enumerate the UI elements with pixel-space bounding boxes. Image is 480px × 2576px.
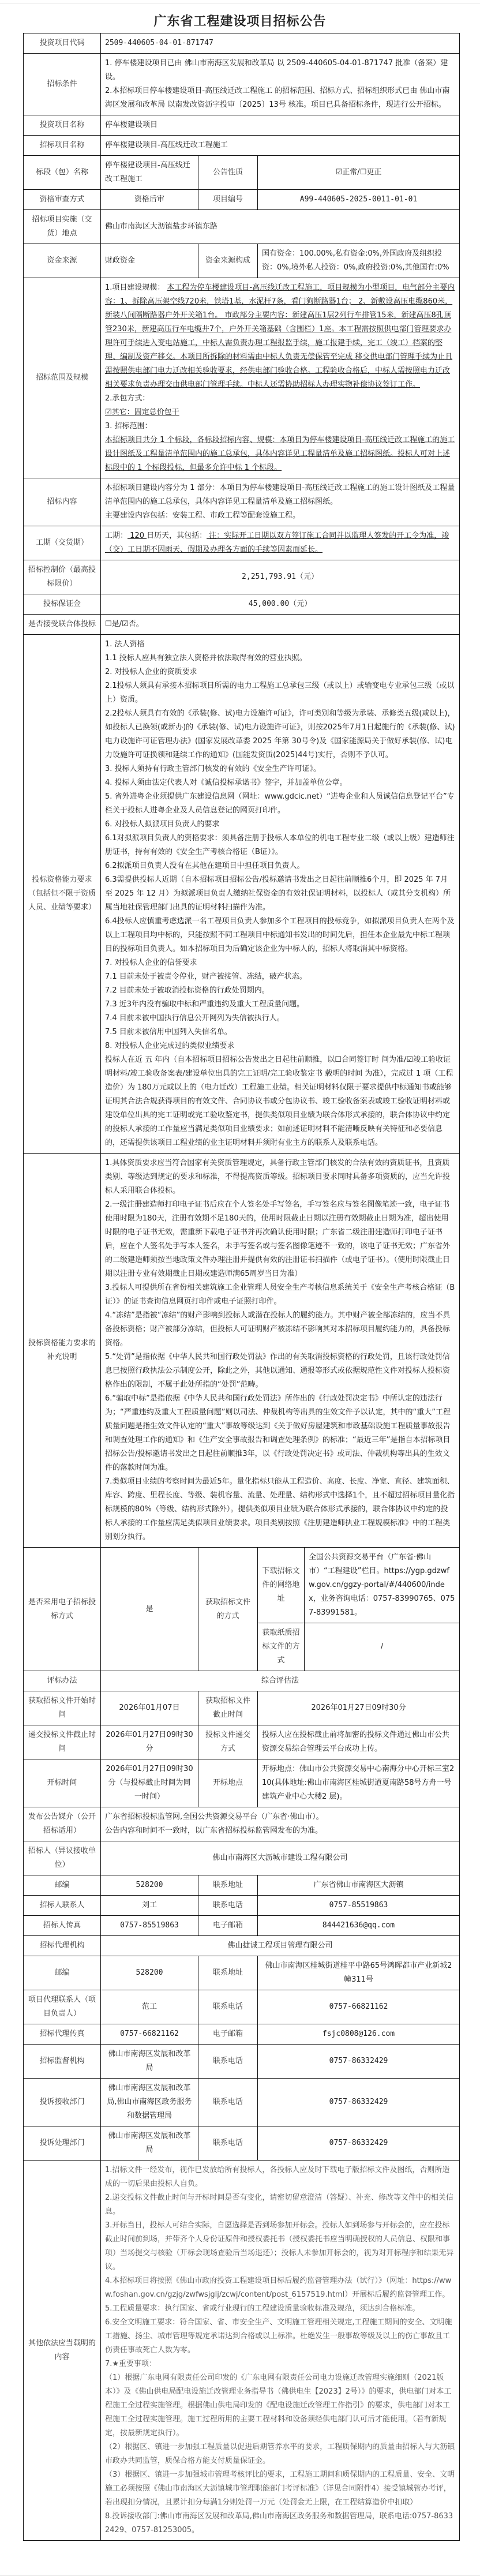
row-doc-time: 获取招标文件开始时间 2026年01月07日 获取招标文件截止时间 2026年0… (24, 1691, 460, 1725)
qual-note-line: 5.“处罚”是指依据《中华人民共和国行政处罚法》作出的有关取消投标资格的行政处罚… (105, 1350, 455, 1392)
label: 开标地点 (198, 1759, 258, 1807)
qualification-line: 7.3 近3年内没有骗取中标和严重违约及重大工程质量问题。 (105, 998, 455, 1012)
label: 招标控制价（最高投标限价） (24, 560, 101, 594)
label: 投标资格能力要求（包括但不限于资质人员、业绩等要求） (24, 635, 101, 1154)
label: 招标条件 (24, 54, 101, 115)
phone-value: 0757-66821162 (258, 1990, 460, 2024)
label: 获取招标文件开始时间 (24, 1691, 101, 1725)
row-tenderee-contact: 招标人联系人 刘工 联系电话 0757-85519863 (24, 1896, 460, 1916)
electronic-value: 是 (101, 1548, 198, 1671)
label: 资金来源 (24, 244, 101, 278)
row-agency: 招标代理机构 佛山捷诚工程项目管理有限公司 (24, 1936, 460, 1956)
row-review: 资格审查方式 资格后审 项目编号 A99-440605-2025-0011-01… (24, 190, 460, 210)
qualification-line: 4. 投标人须由法定代表人对《诚信投标承诺书》签字，并加盖单位公章。 (105, 776, 455, 790)
label: 是否采用电子招标投标方式 (24, 1548, 101, 1671)
label: 联系电话 (198, 2126, 258, 2161)
qualification-line: 2. 对投标人企业的资质要求 (105, 665, 455, 679)
label: 发布公告媒介（公开招标适用） (24, 1807, 101, 1841)
email-value[interactable]: 844421636@qq.com (258, 1916, 460, 1936)
top-divider (0, 0, 480, 3)
funds-value: 财政资金 (101, 244, 198, 278)
address-value: 佛山市南海区桂城街道桂平中路65号鸿晖都市产业新城2幢311号 (258, 1956, 460, 1990)
row-submit: 递交投标文件截止时间 2026年01月27日09时30分 投标文件递交方式 投标… (24, 1725, 460, 1759)
complaint-recv-value: 佛山市南海区发展和改革局,佛山市南海区政务服务和数据管理局 (101, 2079, 198, 2126)
label: 联系电话 (198, 2079, 258, 2126)
label: 工期（交货期） (24, 526, 101, 560)
label: 投诉处理部门 (24, 2126, 101, 2161)
other-content-line: （3）根据区、镇进一步加强城市管理考核评比的要求，工程施工期间和质保期内的工程质… (105, 2468, 455, 2510)
conditions-value: 1. 停车楼建设项目已由 佛山市南海区发展和改革局 以 2509-440605-… (101, 54, 460, 115)
label: 投资项目代码 (24, 33, 101, 54)
qualification-line: 3. 投标人须持有行政主管部门核发的有效的《安全生产许可证》。 (105, 762, 455, 776)
qualification-line: 8. 对投标人企业完成过的类似业绩要求 (105, 1039, 455, 1053)
label: 项目代理联系人（项目负责人） (24, 1990, 101, 2024)
row-invest-name: 投资项目名称 停车楼建设项目 (24, 115, 460, 136)
row-eval: 评标办法 综合评估法 (24, 1671, 460, 1691)
label: 招标范围及规模 (24, 278, 101, 478)
row-qualification: 投标资格能力要求（包括但不限于资质人员、业绩等要求） 1. 法人资格1.1 投标… (24, 635, 460, 1154)
invest-name-value: 停车楼建设项目 (101, 115, 460, 136)
content-line: 主要建设内容包括：安装工程、市政工程等配套设施工程。 (105, 509, 455, 523)
condition-line: 1. 停车楼建设项目已由 佛山市南海区发展和改革局 以 2509-440605-… (105, 57, 455, 84)
submit-method-value: 投标人应在投标截止前将加密的投标文件通过佛山市公共资源交易综合管理云平台成功上传… (258, 1725, 460, 1759)
other-content-line: 2.递交投标文件截止时间与开标时间是否有变化，请密切留意澄清（答疑）、补充、修改… (105, 2191, 455, 2219)
label: 投标保证金 (24, 594, 101, 615)
submit-deadline-value: 2026年01月27日09时30分 (101, 1725, 198, 1759)
period-prefix: 工期： (105, 531, 127, 540)
tender-name-value: 停车楼建设项目-高压线迁改工程施工 (101, 136, 460, 156)
label: 公告性质 (198, 156, 258, 190)
row-other: 其他依法应当载明的内容 1.招标文件一经发布，视作已发放给所有投标人，各投标人应… (24, 2161, 460, 2541)
label: 联系电话 (198, 2045, 258, 2079)
media-line: 广东省招标投标监管网,全国公共资源交易平台（广东省·佛山市）。 (105, 1810, 455, 1824)
row-agency-contact: 项目代理联系人（项目负责人） 范工 联系电话 0757-66821162 (24, 1990, 460, 2024)
row-tender-name: 招标项目名称 停车楼建设项目-高压线迁改工程施工 (24, 136, 460, 156)
other-content-line: （1）根据广东电网有限责任公司印发的《广东电网有限责任公司电力设施迁改管理实施细… (105, 2371, 455, 2440)
scale-prefix: 1.项目建设规模： (105, 283, 164, 292)
other-content-line: 1.招标文件一经发布，视作已发放给所有投标人，各投标人应及时下载电子版招标文件及… (105, 2163, 455, 2191)
qualification-line: 7. 对投标人企业的信誉要求 (105, 956, 455, 970)
label: 获取纸质招标文件的方式 (258, 1623, 305, 1671)
qualification-line: 2.2投标人须具有有效的《承装(修、试)电力设施许可证》，许可类别和等级为承装、… (105, 707, 455, 762)
qualification-value: 1. 法人资格1.1 投标人应具有独立法人资格并依法取得有效的营业执照。2. 对… (101, 635, 460, 1154)
row-tenderee-post: 邮编 528200 联系地址 广东省佛山市南海区大沥镇 (24, 1875, 460, 1896)
label: 招标人（异议接收单位） (24, 1841, 101, 1875)
opening-time-value: 2026年01月27日09时30分（与投标截止时间为同一时间） (101, 1759, 198, 1807)
row-section: 标段（包）名称 停车楼建设项目-高压线迁改工程施工 公告性质 ☑正常/☐更正 (24, 156, 460, 190)
row-consortium: 是否接受联合体投标 ☐是/☑否。 (24, 615, 460, 635)
project-code-value: 2509-440605-04-01-871747 (101, 33, 460, 54)
doc-start-value: 2026年01月07日 (101, 1691, 198, 1725)
content-value: 本招标项目建设内容分为 1 部分：本项目为停车楼建设项目-高压线迁改工程施工的施… (101, 478, 460, 526)
label: 招标项目名称 (24, 136, 101, 156)
qualification-line: 7.4 目前未被中国执行信息公开网列为失信被执行人。 (105, 1012, 455, 1025)
qualification-line: 投标人在近 五 年内（自本招标项目招标公告发出之日起往前顺推，以☐合同签订时 间… (105, 1053, 455, 1150)
row-complaint-proc: 投诉处理部门 佛山市南海区发展和改革局 联系电话 0757-86332429 (24, 2126, 460, 2161)
label: 联系地址 (198, 1875, 258, 1896)
qual-note-line: 3.投标人可提供所在省份相关建筑施工企业管理人员安全生产考核信息系统关于《安全生… (105, 1281, 455, 1309)
phone-value: 0757-86332429 (258, 2126, 460, 2161)
row-project-code: 投资项目代码 2509-440605-04-01-871747 (24, 33, 460, 54)
scope-value: 1.项目建设规模： 本工程为停车楼建设项目-高压线迁改工程施工，项目规模为小型项… (101, 278, 460, 478)
phone-value: 0757-85519863 (258, 1896, 460, 1916)
project-no-value: A99-440605-2025-0011-01-01 (258, 190, 460, 210)
scale-text: 本工程为停车楼建设项目-高压线迁改工程施工，项目规模为小型项目，电气部分主要内容… (105, 283, 455, 389)
complaint-proc-value: 佛山市南海区发展和改革局 (101, 2126, 198, 2161)
label: 项目编号 (198, 190, 258, 210)
label: 招标项目实施（交货）地点 (24, 210, 101, 244)
label: 获取招标文件的方式 (198, 1548, 258, 1671)
email-value[interactable]: fsjc0808@126.com (258, 2024, 460, 2045)
row-agency-fax: 招标代理传真 0757-66821162 电子邮箱 fsjc0808@126.c… (24, 2024, 460, 2045)
funds-structure-value: 国有资金：100.00%,私有资金:0%,外国政府及组织投资：0%,境外私人投资… (258, 244, 460, 278)
tenderee-value: 佛山市南海区大沥城市建设工程有限公司 (101, 1841, 460, 1875)
label: 下载招标文件的网络地址 (258, 1548, 305, 1623)
row-qual-notes: 投标资格能力要求的补充说明 1.具体资质要求应当符合国家有关资质管理规定，具备行… (24, 1154, 460, 1548)
control-price-value: 2,251,793.91（元） (101, 560, 460, 594)
other-content-line: 3.开标当日，投标人可结合实际，自愿选择是否到场参加开标会。投标人如到场参与开标… (105, 2219, 455, 2274)
postcode-value: 528200 (101, 1875, 198, 1896)
row-conditions: 招标条件 1. 停车楼建设项目已由 佛山市南海区发展和改革局 以 2509-44… (24, 54, 460, 115)
other-value: 1.招标文件一经发布，视作已发放给所有投标人，各投标人应及时下载电子版招标文件及… (101, 2161, 460, 2541)
other-content-line: 8.投诉接收部门:佛山市南海区发展和改革局,佛山市南海区政务服务和数据管理局，联… (105, 2510, 455, 2537)
other-content-line: （2）根据区、镇进一步加强工程质量以促进后期管养水平的要求，工程质保期内的质量由… (105, 2440, 455, 2468)
review-value: 资格后审 (101, 190, 198, 210)
label: 招标代理机构 (24, 1936, 101, 1956)
qual-note-line: 4.“冻结”是指被“冻结”的财产影响到投标人或潜在投标人的履约能力。其中财产被全… (105, 1309, 455, 1350)
label: 递交投标文件截止时间 (24, 1725, 101, 1759)
other-content-line: 7.★重要事项： (105, 2357, 455, 2371)
qualification-line: 6.1对拟派项目负责人的资格要求：须具备注册于投标人本单位的机电工程专业二级（或… (105, 832, 455, 859)
label: 获取招标文件截止时间 (198, 1691, 258, 1725)
row-content: 招标内容 本招标项目建设内容分为 1 部分：本项目为停车楼建设项目-高压线迁改工… (24, 478, 460, 526)
label: 资格审查方式 (24, 190, 101, 210)
location-value: 佛山市南海区大沥镇盐步环镇东路 (101, 210, 460, 244)
row-opening: 开标时间 2026年01月27日09时30分（与投标截止时间为同一时间） 开标地… (24, 1759, 460, 1807)
qualification-line: 6.4投标人应慎重考虑选派一名工程项目负责人参加多个工程项目的投标竞争，如拟派项… (105, 915, 455, 956)
row-tenderee: 招标人（异议接收单位） 佛山市南海区大沥城市建设工程有限公司 (24, 1841, 460, 1875)
phone-value: 0757-86332429 (258, 2045, 460, 2079)
label: 其他依法应当载明的内容 (24, 2161, 101, 2541)
condition-line: 2.本招标项目停车楼建设项目-高压线迁改工程施工 的招标范围、招标方式、招标组织… (105, 84, 455, 112)
row-media: 发布公告媒介（公开招标适用） 广东省招标投标监管网,全国公共资源交易平台（广东省… (24, 1807, 460, 1841)
label: 联系电话 (198, 1990, 258, 2024)
consortium-value: ☐是/☑否。 (101, 615, 460, 635)
fax-value: 0757-66821162 (101, 2024, 198, 2045)
row-period: 工期（交货期） 工期： 120 日历天，其包括： 注：实际开工日期以双方签订施工… (24, 526, 460, 560)
range-text: 本招标项目共分 1 个标段，各标段招标内容、规模：本项目为停车楼建设项目-高压线… (105, 433, 455, 475)
bottom-divider (0, 2558, 480, 2576)
contract-label: 2.承包方式： (105, 392, 455, 406)
label: 投标文件递交方式 (198, 1725, 258, 1759)
label: 邮编 (24, 1956, 101, 1990)
period-days: 120 (127, 531, 147, 540)
label: 电子邮箱 (198, 1916, 258, 1936)
label: 标段（包）名称 (24, 156, 101, 190)
contact-value: 刘工 (101, 1896, 198, 1916)
phone-value: 0757-86332429 (258, 2079, 460, 2126)
label: 招标监督机构 (24, 2045, 101, 2079)
qual-notes-value: 1.具体资质要求应当符合国家有关资质管理规定，具备行政主管部门核发的合法有效的资… (101, 1154, 460, 1548)
media-value: 广东省招标投标监管网,全国公共资源交易平台（广东省·佛山市）。 公告内容和时间不… (101, 1807, 460, 1841)
qualification-line: 2.1投标人须具有承接本招标项目所需的电力工程施工总承包三级（或以上）或输变电专… (105, 679, 455, 707)
label: 招标内容 (24, 478, 101, 526)
row-agency-post: 邮编 528200 联系地址 佛山市南海区桂城街道桂平中路65号鸿晖都市产业新城… (24, 1956, 460, 1990)
label: 评标办法 (24, 1671, 101, 1691)
label: 开标时间 (24, 1759, 101, 1807)
qualification-line: 6. 对投标人拟派项目负责人的要求 (105, 818, 455, 832)
section-value: 停车楼建设项目-高压线迁改工程施工 (101, 156, 198, 190)
qual-note-line: 6.“骗取中标”是指依据《中华人民共和国行政处罚法》所作出的《行政处罚决定书》中… (105, 1392, 455, 1475)
row-control-price: 招标控制价（最高投标限价） 2,251,793.91（元） (24, 560, 460, 594)
qualification-line: 5. 省外进粤企业须提供广东建设信息网（网址：www.gdcic.net）“进粤… (105, 790, 455, 818)
qual-note-line: 2.一级注册建造师打印电子证书后应在个人签名处手写签名，手写签名应与签名图像笔迹… (105, 1198, 455, 1281)
address-value: 广东省佛山市南海区大沥镇 (258, 1875, 460, 1896)
agency-value: 佛山捷诚工程项目管理有限公司 (101, 1936, 460, 1956)
qualification-line: 7.1 目前未处于被责令停业，财产被接管、冻结，破产状态。 (105, 970, 455, 984)
label: 联系电话 (198, 1896, 258, 1916)
qualification-line: 6.2拟派项目负责人没有在其他在建项目中担任项目负责人。 (105, 859, 455, 873)
qualification-line: 1.1 投标人应具有独立法人资格并依法取得有效的营业执照。 (105, 652, 455, 665)
eval-value: 综合评估法 (101, 1671, 460, 1691)
other-content-line: 6.安全文明施工要求：符合国家、省、市安全生产、文明施工管理相关规定,工程施工期… (105, 2316, 455, 2357)
qualification-line: 7.5 目前未被信用中国列入失信名单。 (105, 1025, 455, 1039)
label: 招标人传真 (24, 1916, 101, 1936)
label: 资金来源构成 (198, 244, 258, 278)
qualification-line: 6.3需提供投标人近期（自本招标项目招标公告/投标邀请书发出之日起往前顺推6个月… (105, 873, 455, 915)
download-address[interactable]: 全国公共资源交易平台（广东省·佛山市）“工程建设”栏目。https://ygp.… (305, 1548, 460, 1623)
label: 投诉接收部门 (24, 2079, 101, 2126)
label: 是否接受联合体投标 (24, 615, 101, 635)
row-tenderee-fax: 招标人传真 0757-85519863 电子邮箱 844421636@qq.co… (24, 1916, 460, 1936)
doc-end-value: 2026年01月27日09时30分 (258, 1691, 460, 1725)
label: 投标资格能力要求的补充说明 (24, 1154, 101, 1548)
row-scope: 招标范围及规模 1.项目建设规模： 本工程为停车楼建设项目-高压线迁改工程施工，… (24, 278, 460, 478)
opening-place-value: 开标地点：佛山市公共资源交易中心南海分中心开标三室210(具体地址:佛山市南海区… (258, 1759, 460, 1807)
label: 投资项目名称 (24, 115, 101, 136)
contact-value: 范工 (101, 1990, 198, 2024)
period-value: 工期： 120 日历天，其包括： 注：实际开工日期以双方签订施工合同并以监理人签… (101, 526, 460, 560)
row-deposit: 投标保证金 45,000.00（元） (24, 594, 460, 615)
media-line: 公告内容和时间不一致时，以广东省招标投标监管网发布的为准。 (105, 1824, 455, 1838)
qualification-line: 7.2 目前未处于被取消投标资格的行政处罚期内。 (105, 984, 455, 998)
notice-nature-value: ☑正常/☐更正 (258, 156, 460, 190)
label: 邮编 (24, 1875, 101, 1896)
row-electronic: 是否采用电子招标投标方式 是 获取招标文件的方式 下载招标文件的网络地址 全国公… (24, 1548, 460, 1623)
deposit-value: 45,000.00（元） (101, 594, 460, 615)
label: 电子邮箱 (198, 2024, 258, 2045)
other-content-line: 5.工程质量要求：执行国家、省或行业现行的工程建设质量验收标准及规范，须达到合格… (105, 2302, 455, 2316)
supervisor-value: 佛山市南海区发展和改革局 (101, 2045, 198, 2079)
fax-value: 0757-85519863 (101, 1916, 198, 1936)
row-complaint-recv: 投诉接收部门 佛山市南海区发展和改革局,佛山市南海区政务服务和数据管理局 联系电… (24, 2079, 460, 2126)
label: 招标代理传真 (24, 2024, 101, 2045)
row-location: 招标项目实施（交货）地点 佛山市南海区大沥镇盐步环镇东路 (24, 210, 460, 244)
label: 招标人联系人 (24, 1896, 101, 1916)
qual-note-line: 1.具体资质要求应当符合国家有关资质管理规定，具备行政主管部门核发的合法有效的资… (105, 1156, 455, 1198)
range-label: 3. 招标范围： (105, 420, 455, 433)
content-line: 本招标项目建设内容分为 1 部分：本项目为停车楼建设项目-高压线迁改工程施工的施… (105, 481, 455, 509)
label: 联系地址 (198, 1956, 258, 1990)
postcode-value: 528200 (101, 1956, 198, 1990)
contract-value: ☑其它：固定总价包干 (105, 406, 455, 420)
page-title: 广东省工程建设项目招标公告 (0, 12, 480, 29)
period-mid: 日历天，其包括： (147, 531, 207, 540)
qualification-line: 1. 法人资格 (105, 638, 455, 652)
row-funds: 资金来源 财政资金 资金来源构成 国有资金：100.00%,私有资金:0%,外国… (24, 244, 460, 278)
notice-table: 投资项目代码 2509-440605-04-01-871747 招标条件 1. … (23, 33, 460, 2541)
qual-note-line: 7.类似项目业绩的考察时间为最近5年。量化指标只能从工程造价、高度、长度、净宽、… (105, 1475, 455, 1544)
paper-value: / (305, 1623, 460, 1671)
row-supervisor: 招标监督机构 佛山市南海区发展和改革局 联系电话 0757-86332429 (24, 2045, 460, 2079)
other-content-line: 4.本招标项目将按照《佛山市政府投资工程建设项目标后履约监督管理办法（试行）》（… (105, 2274, 455, 2302)
